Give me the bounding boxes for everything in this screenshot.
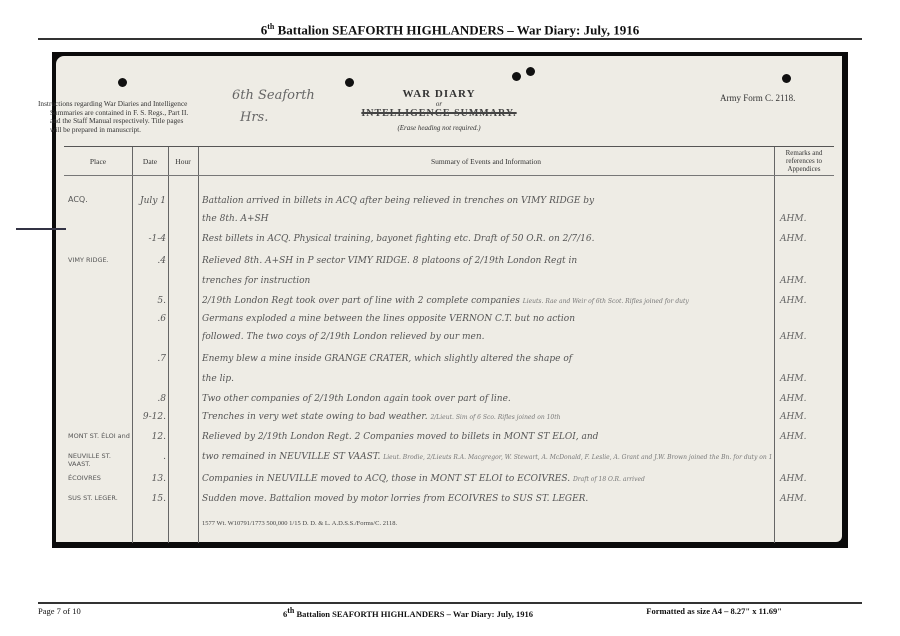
- summary-cell: Enemy blew a mine inside GRANGE CRATER, …: [202, 354, 772, 364]
- table-row: ACQ. July 1 Battalion arrived in billets…: [64, 196, 834, 212]
- place-cell: MONT ST. ÉLOI and: [68, 432, 132, 440]
- footer-title: 6th Battalion SEAFORTH HIGHLANDERS – War…: [283, 606, 533, 619]
- summary-cell: Trenches in very wet state owing to bad …: [202, 412, 772, 422]
- date-cell: .7: [132, 354, 166, 364]
- summary-cell: Battalion arrived in billets in ACQ afte…: [202, 196, 772, 206]
- diary-entries: ACQ. July 1 Battalion arrived in billets…: [64, 0, 834, 636]
- remark-cell: AHM.: [780, 412, 830, 422]
- table-row: .7 Enemy blew a mine inside GRANGE CRATE…: [64, 354, 834, 370]
- table-row: VIMY RIDGE. .4 Relieved 8th. A+SH in P s…: [64, 256, 834, 272]
- remark-cell: AHM.: [780, 332, 830, 342]
- date-cell: 15.: [132, 494, 166, 504]
- place-cell: ACQ.: [68, 196, 132, 204]
- summary-cell: 2/19th London Regt took over part of lin…: [202, 296, 772, 306]
- summary-note: 2/Lieut. Sim of 6 Sco. Rifles joined on …: [430, 414, 560, 421]
- remark-cell: AHM.: [780, 276, 830, 286]
- date-cell: .4: [132, 256, 166, 266]
- table-row: ÉCOIVRES 13. Companies in NEUVILLE moved…: [64, 474, 834, 490]
- date-cell: .6: [132, 314, 166, 324]
- summary-cell: Germans exploded a mine between the line…: [202, 314, 772, 324]
- printer-line: 1577 Wt. W10791/1773 500,000 1/15 D. D. …: [202, 520, 397, 527]
- summary-cell: Relieved by 2/19th London Regt. 2 Compan…: [202, 432, 772, 442]
- place-cell: VIMY RIDGE.: [68, 256, 132, 264]
- date-cell: 13.: [132, 474, 166, 484]
- date-cell: 9-12.: [132, 412, 166, 422]
- summary-note: Lieut. Brodie, 2/Lieuts R.A. Macgregor, …: [383, 454, 772, 461]
- remark-cell: AHM.: [780, 394, 830, 404]
- remark-cell: AHM.: [780, 214, 830, 224]
- summary-cell: two remained in NEUVILLE ST VAAST. Lieut…: [202, 452, 772, 462]
- remark-cell: AHM.: [780, 432, 830, 442]
- summary-text: Companies in NEUVILLE moved to ACQ, thos…: [202, 474, 570, 484]
- footer-rule: [38, 602, 862, 604]
- date-cell: 5.: [132, 296, 166, 306]
- format-note: Formatted as size A4 – 8.27" x 11.69": [646, 606, 782, 616]
- table-row: MONT ST. ÉLOI and 12. Relieved by 2/19th…: [64, 432, 834, 448]
- summary-cell: Rest billets in ACQ. Physical training, …: [202, 234, 772, 244]
- date-cell: 12.: [132, 432, 166, 442]
- summary-cell: the 8th. A+SH: [202, 214, 772, 224]
- remark-cell: AHM.: [780, 474, 830, 484]
- table-row: the 8th. A+SH AHM.: [64, 214, 834, 230]
- summary-cell: Sudden move. Battalion moved by motor lo…: [202, 494, 772, 504]
- date-cell: -1-4: [132, 234, 166, 244]
- table-row: SUS ST. LEGER. 15. Sudden move. Battalio…: [64, 494, 834, 510]
- underline-rule: [16, 228, 66, 230]
- table-row: .6 Germans exploded a mine between the l…: [64, 314, 834, 330]
- summary-cell: the lip.: [202, 374, 772, 384]
- table-row: trenches for instruction AHM.: [64, 276, 834, 292]
- place-cell: SUS ST. LEGER.: [68, 494, 132, 502]
- remark-cell: AHM.: [780, 234, 830, 244]
- page-number: Page 7 of 10: [38, 606, 81, 616]
- summary-cell: Companies in NEUVILLE moved to ACQ, thos…: [202, 474, 772, 484]
- date-cell: .: [132, 452, 166, 462]
- summary-cell: Relieved 8th. A+SH in P sector VIMY RIDG…: [202, 256, 772, 266]
- table-row: followed. The two coys of 2/19th London …: [64, 332, 834, 348]
- date-cell: July 1: [132, 196, 166, 206]
- remark-cell: AHM.: [780, 494, 830, 504]
- summary-note: Lieuts. Rae and Weir of 6th Scot. Rifles…: [523, 298, 689, 305]
- summary-text: two remained in NEUVILLE ST VAAST.: [202, 452, 380, 462]
- remark-cell: AHM.: [780, 296, 830, 306]
- place-cell: NEUVILLE ST. VAAST.: [68, 452, 132, 468]
- summary-text: Trenches in very wet state owing to bad …: [202, 412, 428, 422]
- table-row: 5. 2/19th London Regt took over part of …: [64, 296, 834, 312]
- summary-cell: trenches for instruction: [202, 276, 772, 286]
- table-row: .8 Two other companies of 2/19th London …: [64, 394, 834, 410]
- summary-note: Draft of 18 O.R. arrived: [573, 476, 645, 483]
- table-row: 9-12. Trenches in very wet state owing t…: [64, 412, 834, 428]
- remark-cell: AHM.: [780, 374, 830, 384]
- table-row: NEUVILLE ST. VAAST. . two remained in NE…: [64, 452, 834, 468]
- footer-title-text: Battalion SEAFORTH HIGHLANDERS – War Dia…: [294, 609, 533, 619]
- date-cell: .8: [132, 394, 166, 404]
- table-row: -1-4 Rest billets in ACQ. Physical train…: [64, 234, 834, 250]
- summary-cell: Two other companies of 2/19th London aga…: [202, 394, 772, 404]
- table-row: the lip. AHM.: [64, 374, 834, 390]
- summary-text: 2/19th London Regt took over part of lin…: [202, 296, 520, 306]
- place-cell: ÉCOIVRES: [68, 474, 132, 482]
- summary-cell: followed. The two coys of 2/19th London …: [202, 332, 772, 342]
